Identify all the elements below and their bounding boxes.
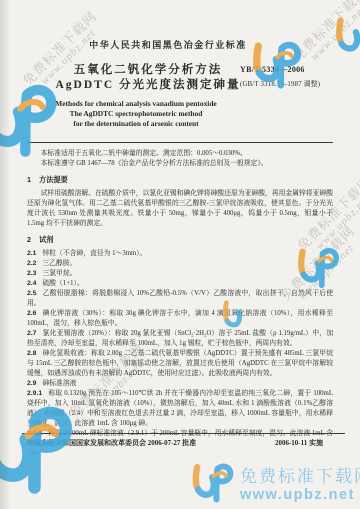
reagent-item: 2.1锌粒（不含砷，直径为 1～3mm）。 — [27, 249, 333, 259]
clause-text: 氯化亚锡溶液（20%）：称取 20g 氯化亚锡（SnCl₂·2H₂O）溶于 25… — [27, 330, 333, 347]
clause-text: 砷化氢吸收液：称取 2.00g 二乙基二硫代氨基甲酸银（AgDDTC）置于预先盛… — [27, 350, 333, 377]
clause-number: 2.2 — [27, 260, 36, 267]
clause-text: 碘化钾溶液（30%）：称取 30g 碘化钾溶于水中，滴加 4 滴氢氧化钠溶液（1… — [27, 310, 333, 327]
section-2-number: 2 — [27, 235, 31, 244]
standard-number: YB/T 5334—2006 — [240, 65, 358, 74]
footer-divider — [22, 433, 345, 434]
section-1-title: 方法提要 — [39, 175, 68, 184]
reagent-item: 2.6碘化钾溶液（30%）：称取 30g 碘化钾溶于水中，滴加 4 滴氢氧化钠溶… — [27, 309, 333, 329]
document-content: 中华人民共和国黑色冶金行业标准 五氧化二钒化学分析方法 AgDDTC 分光光度法… — [0, 0, 360, 509]
clause-number: 2.5 — [27, 290, 36, 297]
clause-number: 2.9 — [27, 380, 36, 387]
page-number: 266 — [29, 451, 38, 457]
document-title: 五氧化二钒化学分析方法 AgDDTC 分光光度法测定砷量 — [28, 63, 268, 93]
reagent-item: 2.9砷标准溶液 — [27, 379, 333, 389]
clause-text: 三乙醇胺。 — [42, 260, 76, 267]
reagent-item: 2.7氯化亚锡溶液（20%）：称取 20g 氯化亚锡（SnCl₂·2H₂O）溶于… — [27, 329, 333, 349]
clause-text: 硫酸（1+1）。 — [42, 280, 83, 287]
clause-number: 2.9.1 — [27, 390, 42, 397]
clause-number: 2.3 — [27, 270, 36, 277]
document-title-english: Methods for chemical analysis vanadium p… — [16, 99, 256, 129]
standard-replacement-note: (GB/T 3318.7—1987 调整) — [240, 78, 358, 88]
approval-footer: 中华人民共和国国家发展和改革委员会 2006-07-27 批准 2006-10-… — [27, 438, 323, 448]
reagent-item: 2.8砷化氢吸收液：称取 2.00g 二乙基二硫代氨基甲酸银（AgDDTC）置于… — [27, 349, 333, 379]
approval-authority: 中华人民共和国国家发展和改革委员会 2006-07-27 批准 — [27, 438, 196, 448]
reagent-item: 2.2三乙醇胺。 — [27, 259, 333, 269]
clause-text: 称取 0.1320g 预先在 105～110℃烘 2h 并在干燥器内冷却至室温的… — [27, 390, 333, 427]
reagent-item: 2.4硫酸（1+1）。 — [27, 279, 333, 289]
header-divider — [27, 142, 333, 143]
section-2-title: 试剂 — [39, 235, 53, 244]
clause-number: 2.6 — [27, 310, 36, 317]
clause-text: 砷标准溶液 — [42, 380, 76, 387]
clause-number: 2.8 — [27, 350, 36, 357]
title-en-line-3: for the determination of arsenic content — [16, 119, 256, 129]
scope-paragraph-1: 本标准适用于五氧化二钒中砷量的测定。测定范围：0.005～0.030%。 — [27, 149, 333, 159]
clause-text: 锌粒（不含砷，直径为 1～3mm）。 — [42, 250, 146, 257]
standard-category-header: 中华人民共和国黑色冶金行业标准 — [58, 38, 278, 51]
clause-text: 乙酸铅脱脂棉：将脱脂棉浸入 10%乙酸铅-0.5%（V/V）乙酸溶液中，取出挤干… — [27, 290, 333, 307]
clause-number: 2.4 — [27, 280, 36, 287]
title-en-line-1: Methods for chemical analysis vanadium p… — [16, 99, 256, 109]
clause-text: 三氯甲烷。 — [42, 270, 76, 277]
implementation-date: 2006-10-11 实施 — [275, 438, 323, 448]
clause-number: 2.1 — [27, 250, 36, 257]
title-line-1: 五氧化二钒化学分析方法 — [28, 63, 268, 78]
title-line-2: AgDDTC 分光光度法测定砷量 — [28, 78, 268, 93]
document-page: 免费标准下载网 www.upbz.net 免费标准下载网 www.upbz.ne… — [0, 0, 360, 509]
reagent-item: 2.3三氯甲烷。 — [27, 269, 333, 279]
standard-number-block: YB/T 5334—2006 (GB/T 3318.7—1987 调整) — [240, 65, 358, 88]
section-1-heading: 1方法提要 — [27, 175, 333, 185]
scope-paragraph-2: 本标准遵守 GB 1467—78《冶金产品化学分析方法标准的总则及一般规定》。 — [27, 159, 333, 169]
clause-number: 2.7 — [27, 330, 36, 337]
document-body-text: 本标准适用于五氧化二钒中砷量的测定。测定范围：0.005～0.030%。 本标准… — [27, 149, 333, 449]
reagent-item: 2.5乙酸铅脱脂棉：将脱脂棉浸入 10%乙酸铅-0.5%（V/V）乙酸溶液中，取… — [27, 289, 333, 309]
section-1-body: 试样用硫酸溶解。在硫酸介质中，以氯化亚锡和碘化钾将砷酸还原为亚砷酸，再用金属锌将… — [27, 189, 333, 229]
section-2-heading: 2试剂 — [27, 235, 333, 245]
section-1-number: 1 — [27, 175, 31, 184]
reagent-item: 2.9.1称取 0.1320g 预先在 105～110℃烘 2h 并在干燥器内冷… — [27, 389, 333, 429]
title-en-line-2: The AgDDTC spectrophotometric method — [16, 109, 256, 119]
